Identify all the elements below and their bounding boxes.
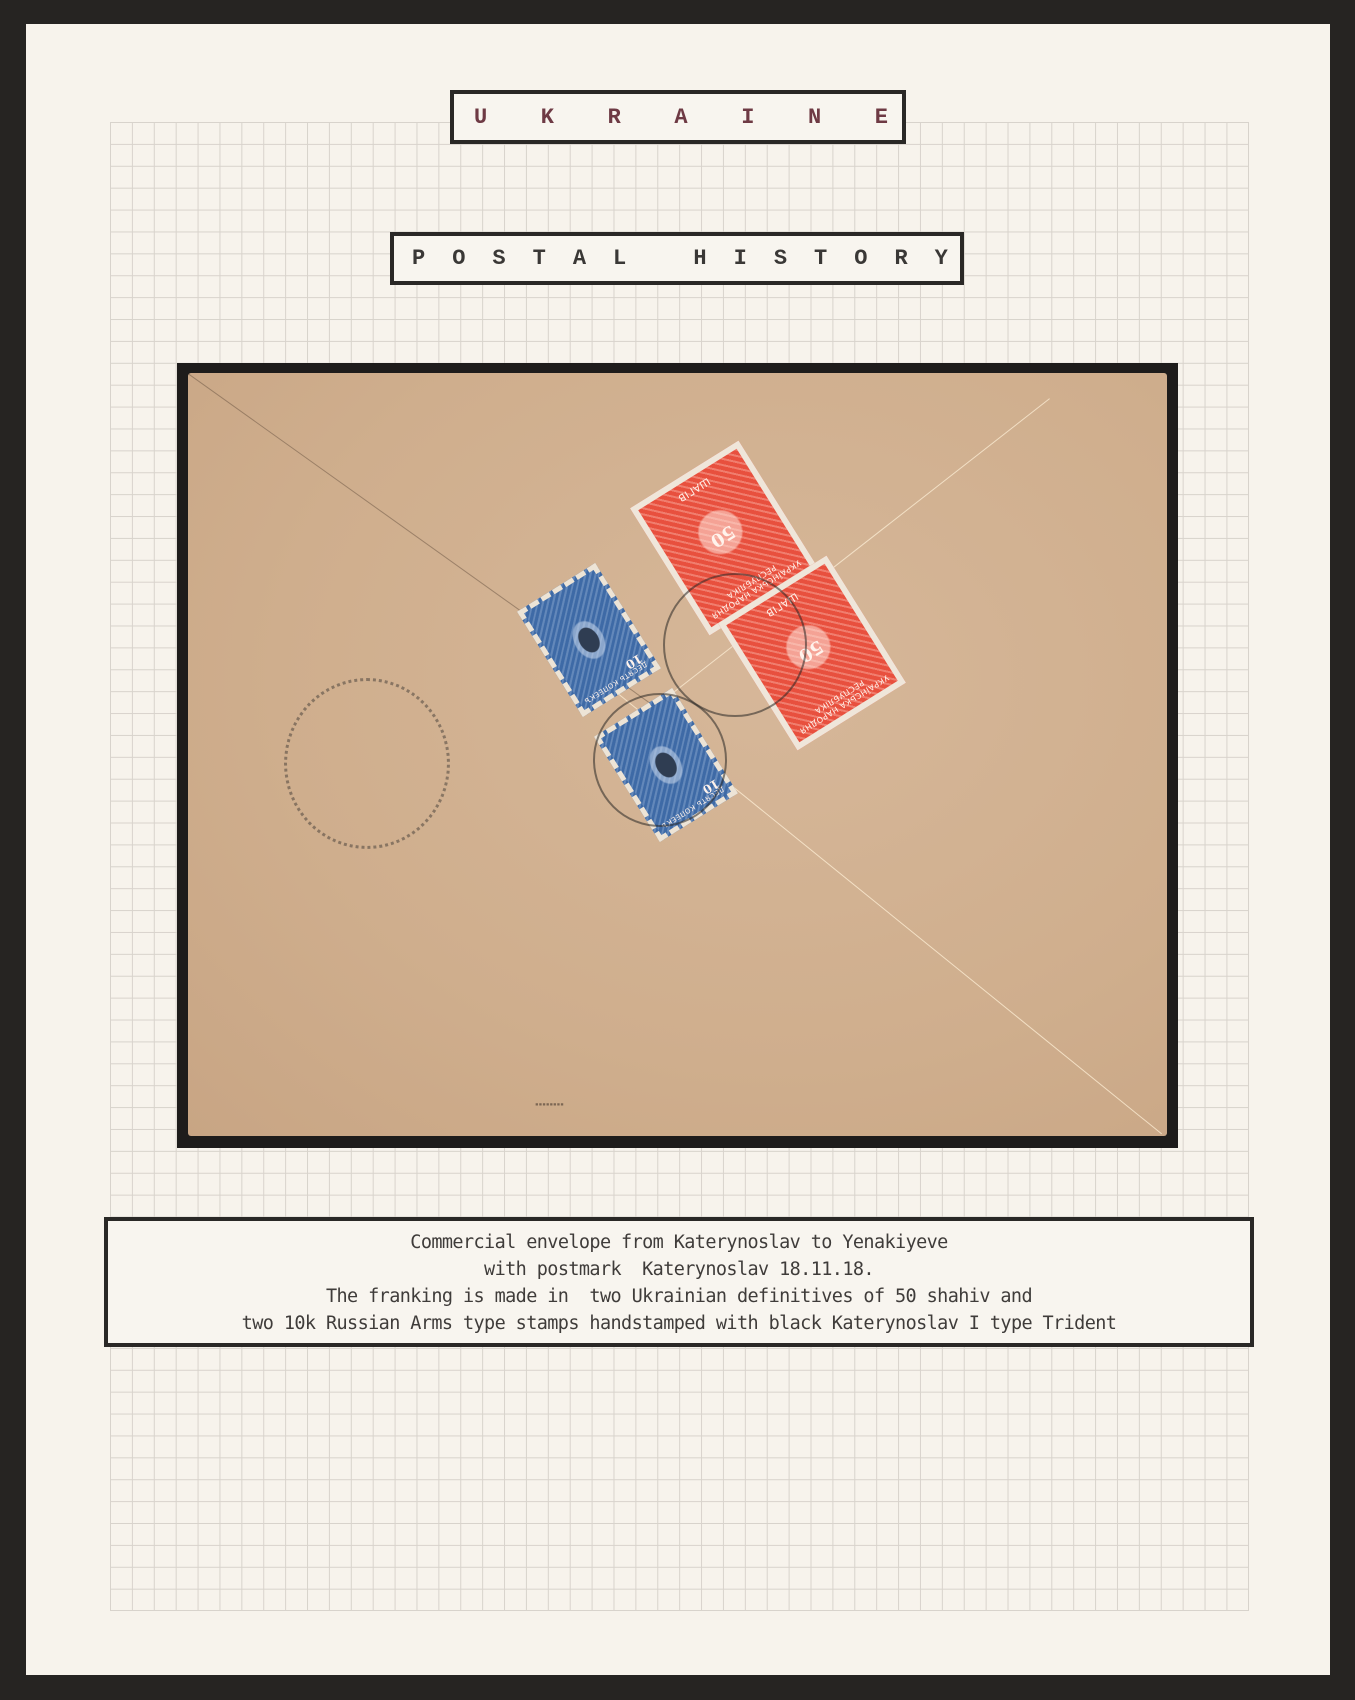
section-title-letter: A: [573, 246, 586, 271]
section-title-letter: T: [533, 246, 546, 271]
country-title-label: UKRAINE: [450, 90, 906, 144]
section-title-letter: S: [774, 246, 787, 271]
description-caption: Commercial envelope from Katerynoslav to…: [104, 1217, 1254, 1347]
section-title-letter: P: [412, 246, 425, 271]
section-title-letter: I: [734, 246, 747, 271]
section-title-letter: O: [854, 246, 867, 271]
caption-line-4: two 10k Russian Arms type stamps handsta…: [108, 1310, 1250, 1337]
section-title-letter: [653, 246, 666, 271]
caption-line-2: with postmark Katerynoslav 18.11.18.: [108, 1256, 1250, 1283]
section-title-letter: T: [814, 246, 827, 271]
caption-line-1: Commercial envelope from Katerynoslav to…: [108, 1229, 1250, 1256]
country-title-letter: R: [608, 105, 621, 130]
postmark-katerynoslav-2: [593, 693, 727, 827]
section-title-letter: L: [613, 246, 626, 271]
postmark-arrival: [284, 678, 450, 849]
section-title-letter: H: [693, 246, 706, 271]
section-title-letter: Y: [935, 246, 948, 271]
country-title-letter: E: [875, 105, 888, 130]
section-title-letter: O: [452, 246, 465, 271]
printer-imprint: ▪▪▪▪▪▪▪▪: [535, 1101, 564, 1108]
country-title-letter: A: [674, 105, 687, 130]
section-title-letter: R: [894, 246, 907, 271]
caption-line-3: The franking is made in two Ukrainian de…: [108, 1283, 1250, 1310]
postmark-katerynoslav-1: [663, 573, 807, 717]
section-title-letter: S: [492, 246, 505, 271]
cover-mount: УКРАЇНСЬКА НАРОДНЯ РЕСПУБЛІКА 50 ШАГІВ У…: [177, 363, 1178, 1148]
country-title-letter: I: [741, 105, 754, 130]
section-title-label: POSTAL HISTORY: [390, 232, 964, 285]
country-title-letter: U: [474, 105, 487, 130]
stamp-russian-arms-10k-trident-1: ДЕСЯТЬ КОПЕЕКЪ 10: [517, 563, 661, 717]
country-title-letter: N: [808, 105, 821, 130]
envelope-cover: УКРАЇНСЬКА НАРОДНЯ РЕСПУБЛІКА 50 ШАГІВ У…: [188, 373, 1167, 1136]
country-title-letter: K: [541, 105, 554, 130]
